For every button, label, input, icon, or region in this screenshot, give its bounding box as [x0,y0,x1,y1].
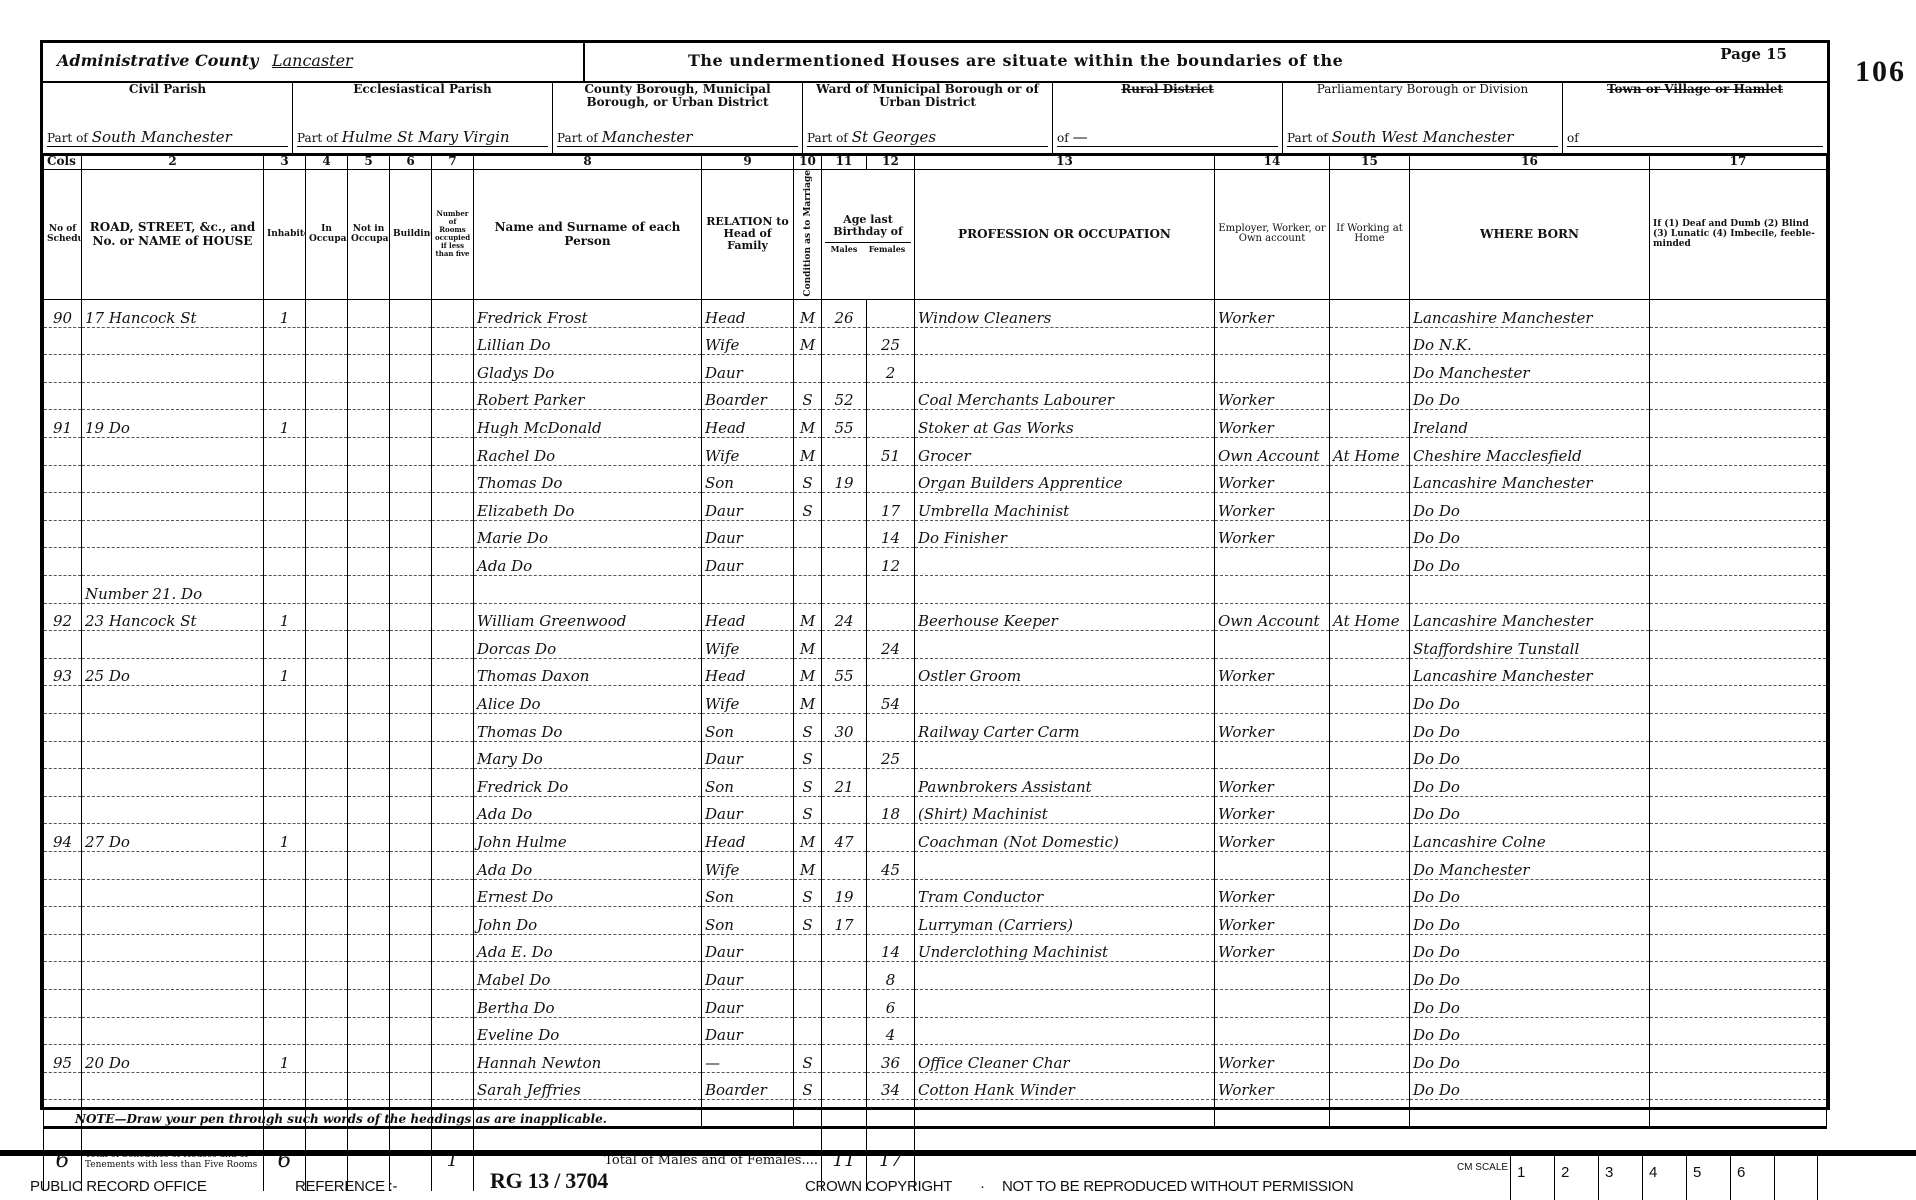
cell-condition [794,355,822,383]
cell-name: Thomas Do [474,465,702,493]
cell-female-age: 24 [867,631,915,659]
table-row: Ada E. DoDaur14Underclothing MachinistWo… [44,934,1827,962]
cell-inhabited: 1 [264,410,306,438]
cell-occupation: Coachman (Not Domestic) [915,824,1215,852]
cell-address [82,382,264,410]
cell-inhabited [264,465,306,493]
cell-at-home [1330,824,1410,852]
cell-occupation [915,686,1215,714]
cell-schedule [44,520,82,548]
cell-born: Do Manchester [1410,851,1650,879]
cell-male-age [822,796,867,824]
cell-condition: M [794,658,822,686]
empty-cell [306,1017,348,1045]
cell-occupation: Do Finisher [915,520,1215,548]
cell-name: Dorcas Do [474,631,702,659]
empty-cell [432,631,474,659]
table-row: Eveline DoDaur4Do Do [44,1017,1827,1045]
cell-at-home [1330,327,1410,355]
cell-occupation: Cotton Hank Winder [915,1072,1215,1100]
cell-male-age: 52 [822,382,867,410]
cell-employment: Worker [1215,769,1330,797]
empty-cell [348,934,390,962]
header-not-in-occupation: Not in Occupation [348,169,390,300]
district-name: Manchester [602,128,693,146]
empty-cell [306,410,348,438]
cell-occupation [915,631,1215,659]
empty-cell [306,438,348,466]
cell-condition [794,989,822,1017]
empty-cell [1650,576,1827,604]
empty-cell [1650,658,1827,686]
cell-male-age [822,576,867,604]
cell-male-age [822,438,867,466]
cell-female-age: 25 [867,741,915,769]
cell-employment [1215,355,1330,383]
district-prefix: Part of [807,131,848,145]
footer-reference-label: REFERENCE :- [295,1178,397,1195]
census-rows: 9017 Hancock St1Fredrick FrostHeadM26Win… [44,300,1827,1128]
cell-schedule [44,741,82,769]
cell-schedule [44,989,82,1017]
empty-cell [390,520,432,548]
cell-address [82,631,264,659]
empty-cell [390,769,432,797]
cell-born: Do Do [1410,686,1650,714]
table-row: Elizabeth DoDaurS17Umbrella MachinistWor… [44,493,1827,521]
cell-female-age [867,658,915,686]
cell-schedule: 91 [44,410,82,438]
cell-address: 25 Do [82,658,264,686]
cell-relation: Head [702,603,794,631]
cell-schedule: 90 [44,300,82,328]
empty-cell [1650,1072,1827,1100]
empty-cell [348,962,390,990]
cell-at-home [1330,851,1410,879]
empty-cell [348,327,390,355]
cell-at-home [1330,769,1410,797]
table-row: John DoSonS17Lurryman (Carriers)WorkerDo… [44,907,1827,935]
cell-occupation: Beerhouse Keeper [915,603,1215,631]
census-sheet: Administrative County Lancaster The unde… [40,40,1830,1110]
header-building: Building [390,169,432,300]
cell-occupation: Office Cleaner Char [915,1045,1215,1073]
cell-at-home [1330,631,1410,659]
cell-male-age [822,548,867,576]
empty-cell [432,410,474,438]
cell-name: Sarah Jeffries [474,1072,702,1100]
cell-employment [1215,962,1330,990]
cell-born [1410,576,1650,604]
district-value: Part ofSouth West Manchester [1287,128,1558,147]
cell-employment: Worker [1215,382,1330,410]
table-row: 9119 Do1Hugh McDonaldHeadM55Stoker at Ga… [44,410,1827,438]
district-value: Part ofManchester [557,128,798,147]
cell-address [82,520,264,548]
cell-inhabited [264,1072,306,1100]
empty-cell [432,658,474,686]
cell-inhabited [264,1017,306,1045]
cell-address [82,686,264,714]
cell-inhabited: 1 [264,824,306,852]
cell-at-home [1330,989,1410,1017]
cell-name: Rachel Do [474,438,702,466]
district-value: of [1567,128,1823,147]
cell-male-age [822,741,867,769]
empty-cell [432,962,474,990]
cell-address [82,465,264,493]
empty-cell [306,851,348,879]
cell-name: Bertha Do [474,989,702,1017]
cell-occupation [915,1017,1215,1045]
cell-born: Do Do [1410,1017,1650,1045]
cell-born: Lancashire Manchester [1410,300,1650,328]
cell-male-age [822,989,867,1017]
district-header: Civil Parish Part ofSouth Manchester Ecc… [43,81,1827,156]
table-row: Fredrick DoSonS21Pawnbrokers AssistantWo… [44,769,1827,797]
empty-cell [390,713,432,741]
cell-born: Do Do [1410,962,1650,990]
cell-schedule [44,1072,82,1100]
census-table: Cols 1 2 3 4 5 6 7 8 9 10 11 12 13 14 15… [43,153,1827,1191]
cell-male-age [822,1045,867,1073]
cell-female-age [867,907,915,935]
empty-cell [1650,907,1827,935]
cell-employment: Worker [1215,1045,1330,1073]
empty-cell [432,713,474,741]
empty-cell [432,851,474,879]
empty-cell [432,989,474,1017]
cell-address [82,879,264,907]
cell-schedule [44,769,82,797]
scale-label: CM SCALE [1455,1156,1510,1200]
empty-cell [306,493,348,521]
district-value: Part ofSt Georges [807,128,1048,147]
cell-inhabited [264,520,306,548]
cell-address: 27 Do [82,824,264,852]
cell-condition: S [794,1072,822,1100]
scale-mark: 3 [1598,1156,1642,1200]
header-inhabited: Inhabited [264,169,306,300]
table-row: Ada DoDaurS18(Shirt) MachinistWorkerDo D… [44,796,1827,824]
cell-inhabited: 1 [264,300,306,328]
empty-cell [348,824,390,852]
cell-female-age [867,410,915,438]
empty-cell [432,603,474,631]
scale-mark-end [1774,1156,1818,1200]
empty-cell [390,300,432,328]
cell-female-age: 36 [867,1045,915,1073]
col-num: 4 [306,153,348,169]
page-label: Page 15 [1720,45,1787,63]
district-label: Civil Parish [47,83,288,96]
cell-employment: Worker [1215,934,1330,962]
cell-address [82,438,264,466]
cell-born: Do Manchester [1410,355,1650,383]
sheet-header: Administrative County Lancaster The unde… [43,43,1827,83]
cell-male-age [822,1072,867,1100]
empty-cell [390,934,432,962]
cell-name: Thomas Daxon [474,658,702,686]
cell-occupation [915,355,1215,383]
table-row: 9520 Do1Hannah Newton—S36Office Cleaner … [44,1045,1827,1073]
cell-female-age: 25 [867,327,915,355]
empty-cell [390,1045,432,1073]
cell-born: Do Do [1410,1072,1650,1100]
cell-condition: M [794,686,822,714]
cell-address [82,355,264,383]
empty-cell [348,631,390,659]
cell-address [82,907,264,935]
empty-cell [432,686,474,714]
cell-address [82,1072,264,1100]
cell-at-home [1330,300,1410,328]
column-header-row: No of Schedule ROAD, STREET, &c., and No… [44,169,1827,300]
cell-relation: Daur [702,741,794,769]
empty-cell [348,1072,390,1100]
cell-employment: Worker [1215,907,1330,935]
empty-cell [390,382,432,410]
cell-employment: Worker [1215,465,1330,493]
district-name: South West Manchester [1332,128,1514,146]
footer-reference: RG 13 / 3704 [490,1168,608,1194]
district-label: Ward of Municipal Borough or of Urban Di… [807,83,1048,109]
cell-schedule: 95 [44,1045,82,1073]
empty-cell [348,548,390,576]
cell-employment [1215,851,1330,879]
empty-cell [306,382,348,410]
district-ward: Ward of Municipal Borough or of Urban Di… [803,81,1053,153]
cell-name: Thomas Do [474,713,702,741]
empty-cell [348,769,390,797]
cell-employment: Worker [1215,1072,1330,1100]
cell-relation: Daur [702,1017,794,1045]
header-address: ROAD, STREET, &c., and No. or NAME of HO… [82,169,264,300]
cell-female-age: 17 [867,493,915,521]
cell-address: 20 Do [82,1045,264,1073]
table-row: Ada DoWifeM45Do Manchester [44,851,1827,879]
empty-cell [348,410,390,438]
empty-cell [390,410,432,438]
empty-cell [306,934,348,962]
empty-cell [1650,1100,1827,1128]
empty-cell [306,686,348,714]
cell-at-home: At Home [1330,438,1410,466]
cell-schedule [44,493,82,521]
folio-number: 106 [1855,55,1906,89]
cell-female-age [867,465,915,493]
table-row: Lillian DoWifeM25Do N.K. [44,327,1827,355]
cell-address: Number 21. Do [82,576,264,604]
cell-inhabited [264,631,306,659]
situate-text: The undermentioned Houses are situate wi… [688,51,1343,70]
cell-female-age: 2 [867,355,915,383]
instruction-note: NOTE—Draw your pen through such words of… [75,1112,607,1126]
cell-name: Mabel Do [474,962,702,990]
empty-cell [1650,493,1827,521]
empty-cell [432,548,474,576]
cell-relation: Daur [702,962,794,990]
header-infirmity: If (1) Deaf and Dumb (2) Blind (3) Lunat… [1650,169,1827,300]
cell-schedule [44,1017,82,1045]
empty-cell [432,465,474,493]
cell-at-home [1330,907,1410,935]
empty-cell [1650,879,1827,907]
table-row: Robert ParkerBoarderS52Coal Merchants La… [44,382,1827,410]
cell-occupation [915,962,1215,990]
empty-cell [348,382,390,410]
empty-cell [390,796,432,824]
cell-name: Fredrick Do [474,769,702,797]
cell-condition: S [794,741,822,769]
cell-at-home [1330,1045,1410,1073]
empty-cell [432,796,474,824]
empty-cell [390,603,432,631]
cell-name: Gladys Do [474,355,702,383]
cell-female-age: 51 [867,438,915,466]
cell-address [82,962,264,990]
cell-female-age: 12 [867,548,915,576]
district-rural: Rural District of— [1053,81,1283,153]
header-condition-text: Condition as to Marriage [803,170,813,297]
empty-cell [1650,989,1827,1017]
cell-inhabited [264,686,306,714]
cell-male-age: 19 [822,879,867,907]
empty-cell [306,631,348,659]
cell-address: 19 Do [82,410,264,438]
cell-female-age: 54 [867,686,915,714]
cell-occupation [915,576,1215,604]
cell-occupation: Stoker at Gas Works [915,410,1215,438]
cell-female-age: 14 [867,934,915,962]
cell-name: Robert Parker [474,382,702,410]
cell-born: Lancashire Colne [1410,824,1650,852]
empty-cell [306,907,348,935]
cell-schedule [44,355,82,383]
cell-born: Do Do [1410,796,1650,824]
cell-born: Do Do [1410,493,1650,521]
cell-employment: Worker [1215,520,1330,548]
cell-inhabited [264,879,306,907]
empty-cell [432,438,474,466]
cell-relation: Son [702,879,794,907]
table-row: Thomas DoSonS30Railway Carter CarmWorker… [44,713,1827,741]
cell-address [82,934,264,962]
empty-cell [1650,769,1827,797]
cell-condition: S [794,465,822,493]
cell-schedule: 93 [44,658,82,686]
cell-at-home [1330,576,1410,604]
cell-employment [1215,631,1330,659]
cell-relation: Son [702,769,794,797]
table-row: Ada DoDaur12Do Do [44,548,1827,576]
empty-cell [1650,1045,1827,1073]
district-name: St Georges [852,128,936,146]
district-label: Ecclesiastical Parish [297,83,548,96]
cell-female-age [867,713,915,741]
district-value: of— [1057,128,1278,147]
cell-male-age [822,327,867,355]
cell-address: 17 Hancock St [82,300,264,328]
empty-cell [390,962,432,990]
cell-inhabited [264,355,306,383]
cell-female-age: 4 [867,1017,915,1045]
cell-occupation: Pawnbrokers Assistant [915,769,1215,797]
scale-mark: 5 [1686,1156,1730,1200]
empty-cell [306,327,348,355]
cell-relation: Wife [702,631,794,659]
cell-occupation [915,548,1215,576]
cell-condition: M [794,327,822,355]
header-in-occupation: In Occupation [306,169,348,300]
empty-cell [348,907,390,935]
cell-relation: — [702,1045,794,1073]
empty-cell [432,741,474,769]
cell-male-age: 55 [822,410,867,438]
district-name: Hulme St Mary Virgin [342,128,510,146]
cell-at-home [1330,686,1410,714]
empty-cell [306,465,348,493]
district-prefix: Part of [297,131,338,145]
cell-name: John Do [474,907,702,935]
table-row: Alice DoWifeM54Do Do [44,686,1827,714]
cell-born: Do Do [1410,989,1650,1017]
cell-condition: S [794,796,822,824]
cell-occupation [915,989,1215,1017]
empty-cell [348,741,390,769]
cell-female-age [867,824,915,852]
cell-employment: Worker [1215,300,1330,328]
cell-occupation: Umbrella Machinist [915,493,1215,521]
cell-address [82,713,264,741]
header-males: Males [831,243,858,255]
empty-cell [306,300,348,328]
header-rooms: Number of Rooms occupied if less than fi… [432,169,474,300]
cell-born: Do Do [1410,1045,1650,1073]
empty-cell [348,438,390,466]
empty-cell [1650,548,1827,576]
cell-occupation [915,851,1215,879]
empty-cell [390,851,432,879]
empty-cell [432,382,474,410]
cell-relation: Head [702,658,794,686]
cell-employment: Worker [1215,410,1330,438]
empty-cell [1650,741,1827,769]
empty-cell [306,576,348,604]
cell-schedule [44,934,82,962]
header-name: Name and Surname of each Person [474,169,702,300]
cell-relation [702,576,794,604]
cell-occupation [915,1100,1215,1128]
cell-male-age: 21 [822,769,867,797]
cell-relation: Daur [702,796,794,824]
cell-inhabited [264,382,306,410]
empty-cell [348,686,390,714]
cell-at-home [1330,465,1410,493]
cell-employment [1215,1017,1330,1045]
empty-cell [348,658,390,686]
cell-schedule [44,796,82,824]
cell-relation: Daur [702,520,794,548]
header-at-home: If Working at Home [1330,169,1410,300]
empty-cell [1650,520,1827,548]
cell-schedule [44,879,82,907]
header-age: Age last Birthday of Males Females [822,169,915,300]
cell-female-age [867,603,915,631]
empty-cell [306,741,348,769]
cell-occupation: Window Cleaners [915,300,1215,328]
footer-copyright: CROWN COPYRIGHT [805,1178,952,1195]
